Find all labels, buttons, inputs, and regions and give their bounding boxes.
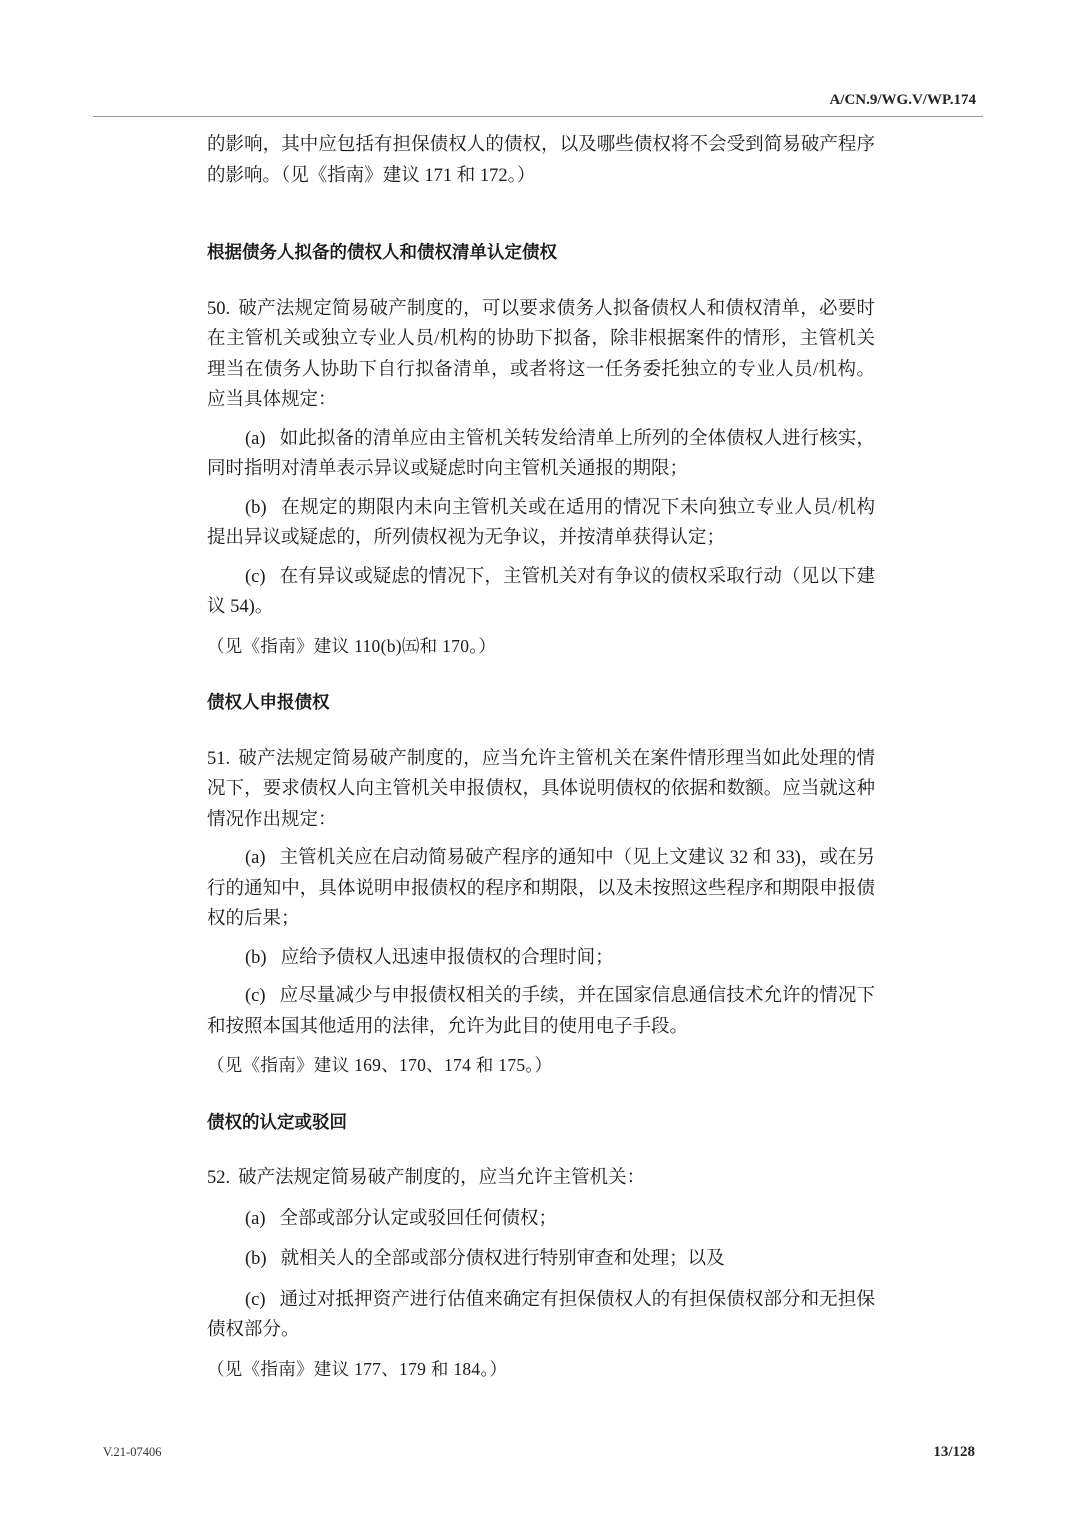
paragraph-number: 50. bbox=[207, 299, 230, 319]
section-heading: 债权人申报债权 bbox=[207, 687, 875, 718]
sub-item-label: (a) bbox=[245, 1209, 266, 1229]
numbered-paragraph: 52.破产法规定简易破产制度的，应当允许主管机关： bbox=[207, 1163, 875, 1194]
sub-item-text: 应尽量减少与申报债权相关的手续，并在国家信息通信技术允许的情况下和按照本国其他适… bbox=[207, 986, 875, 1037]
sub-item: (a)全部或部分认定或驳回任何债权； bbox=[207, 1204, 875, 1235]
paragraph-text: 破产法规定简易破产制度的，应当允许主管机关在案件情形理当如此处理的情况下，要求债… bbox=[207, 749, 875, 830]
sub-item: (b)应给予债权人迅速申报债权的合理时间； bbox=[207, 943, 875, 974]
sub-item: (a)主管机关应在启动简易破产程序的通知中（见上文建议 32 和 33)，或在另… bbox=[207, 843, 875, 935]
sub-item-label: (b) bbox=[245, 1249, 267, 1269]
sub-item-label: (c) bbox=[245, 1290, 266, 1310]
guide-reference: （见《指南》建议 177、179 和 184。） bbox=[207, 1354, 875, 1385]
intro-paragraph: 的影响，其中应包括有担保债权人的债权，以及哪些债权将不会受到简易破产程序的影响。… bbox=[207, 130, 875, 191]
sub-item-label: (a) bbox=[245, 848, 266, 868]
sub-item-label: (c) bbox=[245, 567, 266, 587]
sub-item-label: (b) bbox=[245, 498, 267, 518]
sub-item: (c)通过对抵押资产进行估值来确定有担保债权人的有担保债权部分和无担保债权部分。 bbox=[207, 1285, 875, 1346]
document-body: 的影响，其中应包括有担保债权人的债权，以及哪些债权将不会受到简易破产程序的影响。… bbox=[207, 130, 875, 1384]
numbered-paragraph: 50.破产法规定简易破产制度的，可以要求债务人拟备债权人和债权清单，必要时在主管… bbox=[207, 294, 875, 416]
paragraph-number: 51. bbox=[207, 749, 230, 769]
sub-item-label: (c) bbox=[245, 986, 266, 1006]
sub-item-label: (b) bbox=[245, 948, 267, 968]
page-number: 13/128 bbox=[933, 1444, 975, 1461]
guide-reference: （见《指南》建议 169、170、174 和 175。） bbox=[207, 1050, 875, 1081]
sub-item-text: 在规定的期限内未向主管机关或在适用的情况下未向独立专业人员/机构提出异议或疑虑的… bbox=[207, 498, 875, 549]
sub-item-text: 如此拟备的清单应由主管机关转发给清单上所列的全体债权人进行核实，同时指明对清单表… bbox=[207, 429, 875, 480]
sub-item-text: 就相关人的全部或部分债权进行特别审查和处理；以及 bbox=[281, 1249, 725, 1269]
numbered-paragraph: 51.破产法规定简易破产制度的，应当允许主管机关在案件情形理当如此处理的情况下，… bbox=[207, 744, 875, 836]
document-symbol: A/CN.9/WG.V/WP.174 bbox=[829, 92, 976, 109]
header-divider bbox=[93, 116, 983, 117]
sub-item-text: 全部或部分认定或驳回任何债权； bbox=[280, 1209, 558, 1229]
guide-reference: （见《指南》建议 110(b)㈤和 170。） bbox=[207, 631, 875, 662]
sub-item-text: 在有异议或疑虑的情况下，主管机关对有争议的债权采取行动（见以下建议 54)。 bbox=[207, 567, 875, 618]
sub-item-text: 应给予债权人迅速申报债权的合理时间； bbox=[281, 948, 614, 968]
sub-item-text: 通过对抵押资产进行估值来确定有担保债权人的有担保债权部分和无担保债权部分。 bbox=[207, 1290, 875, 1341]
sub-item: (b)在规定的期限内未向主管机关或在适用的情况下未向独立专业人员/机构提出异议或… bbox=[207, 493, 875, 554]
sub-item-text: 主管机关应在启动简易破产程序的通知中（见上文建议 32 和 33)，或在另行的通… bbox=[207, 848, 875, 929]
sub-item: (c)应尽量减少与申报债权相关的手续，并在国家信息通信技术允许的情况下和按照本国… bbox=[207, 981, 875, 1042]
paragraph-number: 52. bbox=[207, 1168, 230, 1188]
section-heading: 债权的认定或驳回 bbox=[207, 1107, 875, 1138]
paragraph-text: 破产法规定简易破产制度的，可以要求债务人拟备债权人和债权清单，必要时在主管机关或… bbox=[207, 299, 875, 411]
paragraph-text: 破产法规定简易破产制度的，应当允许主管机关： bbox=[238, 1168, 645, 1188]
sub-item: (c)在有异议或疑虑的情况下，主管机关对有争议的债权采取行动（见以下建议 54)… bbox=[207, 562, 875, 623]
section-heading: 根据债务人拟备的债权人和债权清单认定债权 bbox=[207, 237, 875, 268]
sub-item: (a)如此拟备的清单应由主管机关转发给清单上所列的全体债权人进行核实，同时指明对… bbox=[207, 424, 875, 485]
sub-item: (b)就相关人的全部或部分债权进行特别审查和处理；以及 bbox=[207, 1244, 875, 1275]
sub-item-label: (a) bbox=[245, 429, 266, 449]
document-number: V.21-07406 bbox=[103, 1445, 161, 1460]
